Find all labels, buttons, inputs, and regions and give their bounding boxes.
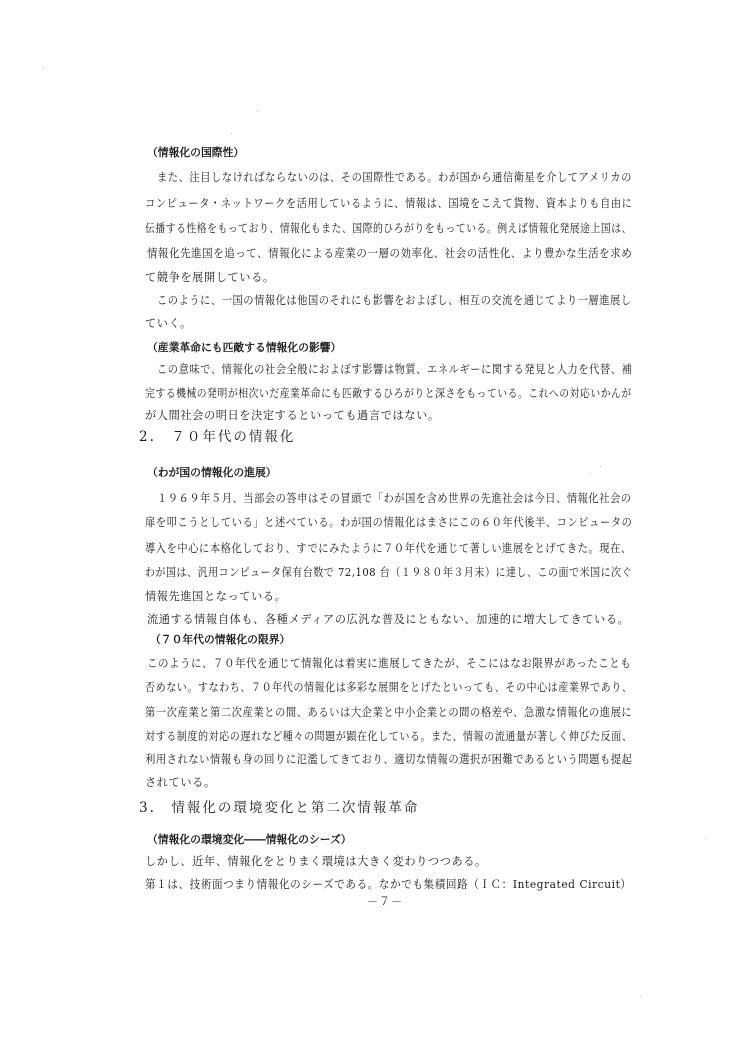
paragraph-line: また、注目しなければならないのは、その国際性である。わが国から通信衛星を介してア… [157, 171, 593, 185]
subheading-japan-progress: （わが国の情報化の進展） [147, 466, 277, 480]
scan-speck [231, 133, 232, 134]
subheading-70s-limits: （７０年代の情報化の限界） [150, 633, 290, 647]
paragraph-line: が人間社会の明日を決定するといっても過言ではない。 [145, 409, 440, 423]
paragraph-line: この意味で、情報化の社会全般におよぼす影響は物質、エネルギーに関する発見と人力を… [157, 363, 632, 377]
paragraph-line: わが国は、汎用コンピュータ保有台数で 72,108 台（１９８０年３月末）に達し… [145, 566, 632, 580]
paragraph-line: 第一次産業と第二次産業との間、あるいは大企業と中小企業との間の格差や、急激な情報… [145, 706, 632, 720]
scan-speck [43, 67, 44, 68]
paragraph-line: 第１は、技術面つまり情報化のシーズである。なかでも集積回路（ＩＣ：Integra… [145, 878, 632, 892]
paragraph-line: 否めない。すなわち、７０年代の情報化は多彩な展開をとげたといっても、その中心は産… [145, 681, 632, 695]
scan-speck [705, 838, 706, 839]
paragraph-line: 情報先進国となっている。 [145, 590, 286, 604]
paragraph-line: しかし、近年、情報化をとりまく環境は大きく変わりつつある。 [145, 855, 487, 869]
paragraph-line: 伝播する性格をもっており、情報化もまた、国際的ひろがりをもっている。例えば情報化… [145, 222, 632, 236]
paragraph-line: １９６９年５月、当部会の答申はその冒頭で「わが国を含め世界の先進社会は今日、情報… [157, 492, 632, 506]
scan-speck [590, 473, 591, 474]
document-page: （情報化の国際性） また、注目しなければならないのは、その国際性である。わが国か… [0, 0, 750, 1054]
paragraph-line: コンピュータ・ネットワークを活用しているように、情報は、国境をこえて貨物、資本よ… [145, 197, 632, 211]
section-heading-2: 2. ７０年代の情報化 [139, 430, 295, 444]
scan-speck [640, 996, 641, 997]
subheading-industrial-revolution: （産業革命にも匹敵する情報化の影響） [147, 341, 341, 355]
subheading-environment-change: （情報化の環境変化――情報化のシーズ） [147, 833, 352, 847]
paragraph-line: 対する制度的対応の遅れなど種々の問題が顕在化している。また、情報の流通量が著しく… [145, 730, 632, 744]
section-heading-3: 3. 情報化の環境変化と第二次情報革命 [139, 801, 419, 815]
paragraph-line: 完する機械の発明が相次いだ産業革命にも匹敵するひろがりと深さをもっている。これへ… [145, 387, 632, 401]
paragraph-line: 利用されない情報も身の回りに氾濫してきており、適切な情報の選択が困難であるという… [145, 753, 632, 767]
paragraph-line: 扉を叩こうとしている」と述べている。わが国の情報化はまさにこの６０年代後半、コン… [145, 516, 632, 530]
subheading-internationalization: （情報化の国際性） [147, 146, 244, 160]
page-number: －７－ [367, 893, 403, 909]
paragraph-line: このように、７０年代を通じて情報化は着実に進展してきたが、そこにはなお限界があっ… [147, 657, 631, 671]
paragraph-line: て競争を展開している。 [145, 271, 275, 285]
scan-speck [600, 466, 601, 467]
paragraph-line: ていく。 [145, 317, 192, 331]
paragraph-line: されている。 [145, 776, 216, 790]
paragraph-line: 導入を中心に本格化しており、すでにみたように７０年代を通じて著しい進展をとげてき… [145, 542, 632, 556]
paragraph-line: 流通する情報自体も、各種メディアの広汎な普及にともない、加速的に増大してきている… [147, 613, 629, 627]
paragraph-line: このように、一国の情報化は他国のそれにも影響をおよぼし、相互の交流を通じてより一… [157, 294, 632, 308]
scan-speck [257, 111, 258, 112]
paragraph-line: 情報化先進国を追って、情報化による産業の一層の効率化、社会の活性化、より豊かな生… [147, 247, 632, 261]
